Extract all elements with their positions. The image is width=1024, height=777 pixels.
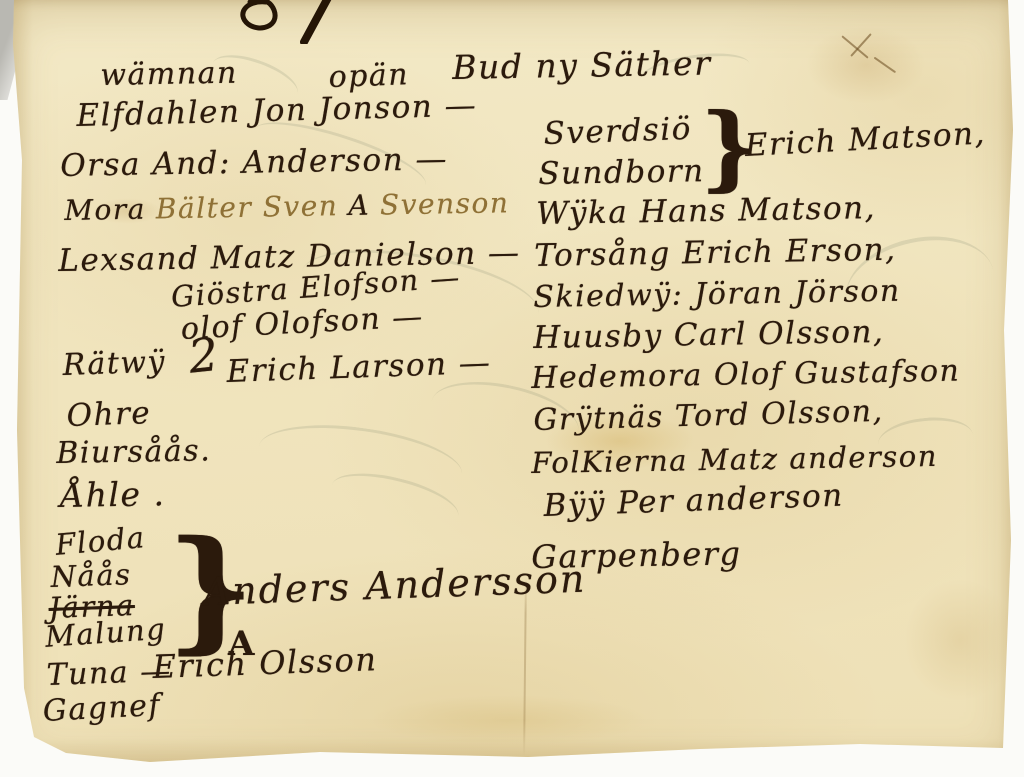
rattvik-place: Rätwÿ: [62, 344, 167, 383]
line-ohre: Ohre: [66, 395, 152, 434]
line-orsa: Orsa And: Anderson —: [60, 141, 448, 184]
line-huusby: Huusby Carl Olsson,: [533, 314, 885, 356]
heading-word: Bud ny Säther: [452, 43, 712, 87]
heading-word: wämnan: [100, 56, 238, 93]
line-ahle: Åhle .: [60, 474, 166, 515]
mora-place: Mora: [64, 193, 146, 227]
paper-stain: [370, 695, 650, 745]
line-sverdsio: Sverdsiö: [543, 111, 692, 152]
tuna-delegate: Erich Olsson: [152, 640, 378, 686]
cutoff-ink-flourish: [228, 0, 358, 44]
mora-name-first: Bälter Sven: [156, 189, 339, 225]
line-biursaas: Biursåås.: [56, 433, 211, 471]
paper-stain: [905, 580, 1015, 700]
line-sundborn: Sundborn: [538, 153, 705, 192]
line-torsang: Torsång Erich Erson,: [534, 232, 897, 274]
scanned-manuscript-page: wämnan opän Bud ny Säther Elfdahlen Jon …: [0, 0, 1024, 777]
rattvik-count: 2: [186, 327, 222, 384]
line-folkierna: FolKierna Matz anderson: [531, 439, 938, 480]
mora-name-last: Svenson: [380, 186, 510, 221]
line-skiedwi: Skiedwÿ: Jöran Jörson: [533, 274, 901, 315]
line-wika: Wÿka Hans Matson,: [536, 190, 876, 232]
line-gagnef: Gagnef: [42, 688, 162, 729]
mora-inserted-letter: A: [348, 189, 370, 222]
line-garpenberg: Garpenberg: [531, 534, 742, 576]
paper-sheet: wämnan opän Bud ny Säther Elfdahlen Jon …: [0, 0, 1024, 777]
line-hedemora: Hedemora Olof Gustafson: [531, 354, 961, 396]
